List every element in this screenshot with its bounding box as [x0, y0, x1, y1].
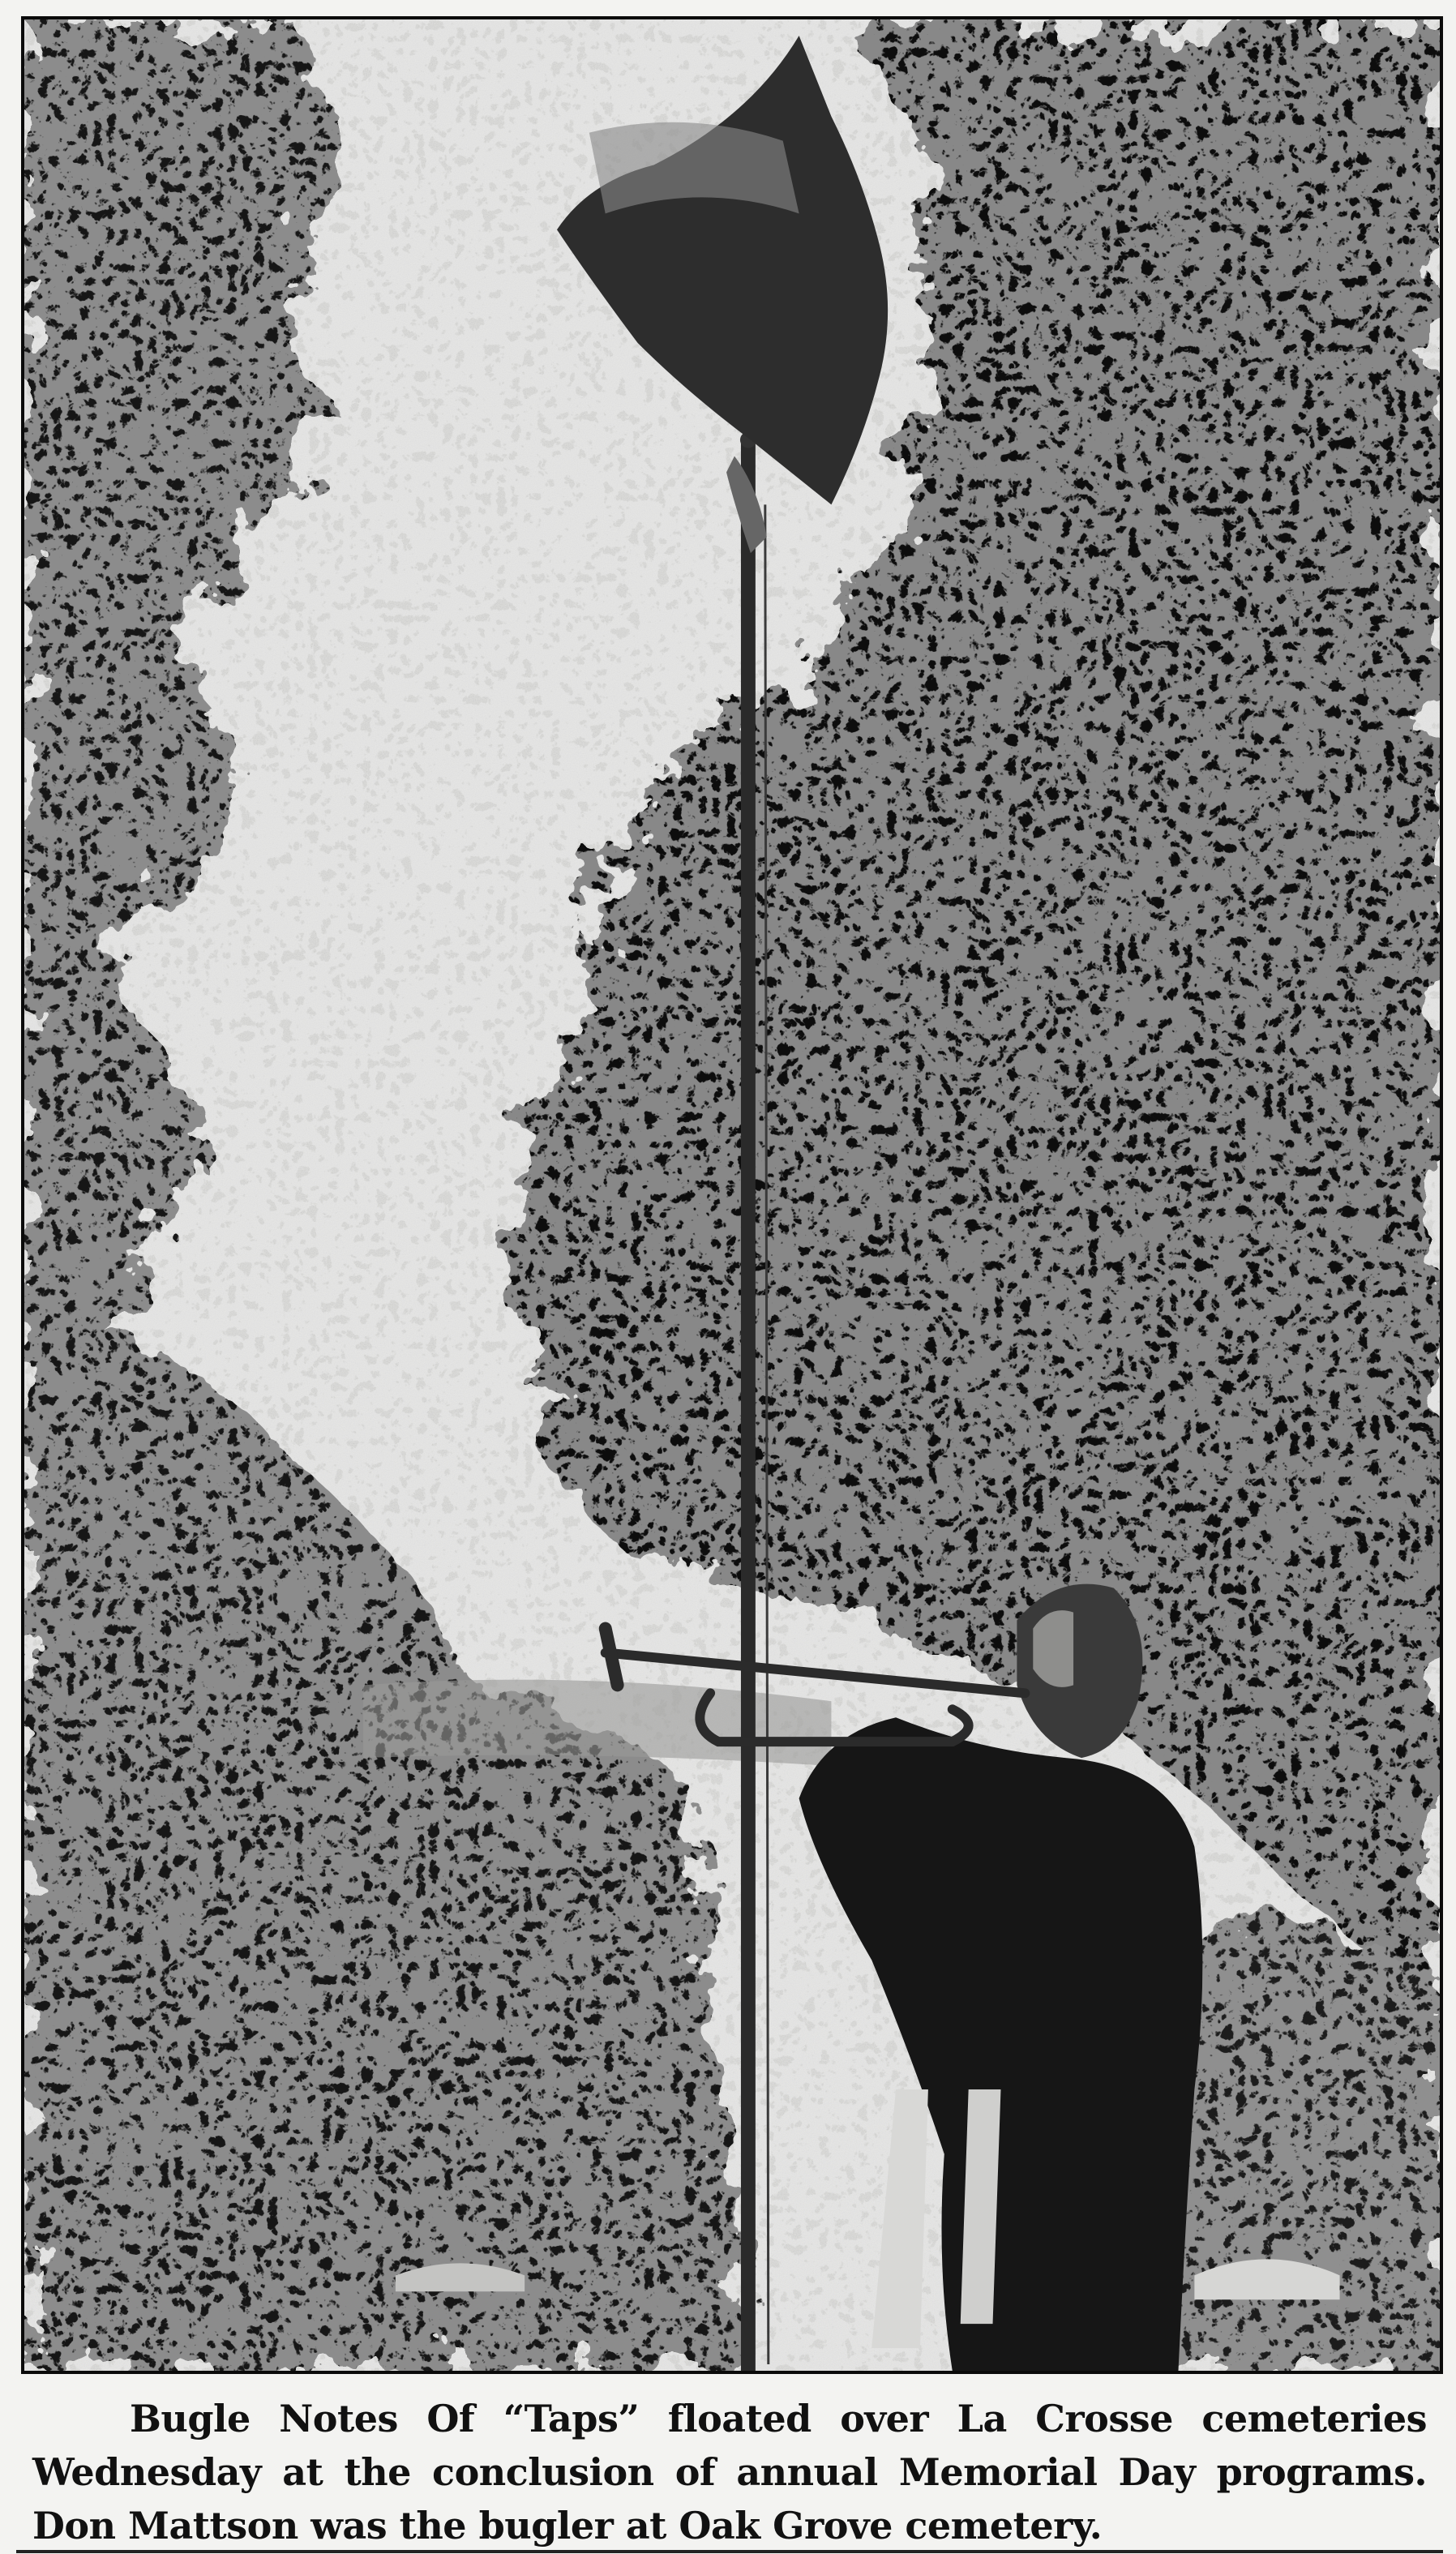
- newspaper-clipping: Bugle Notes Of “Taps” floated over La Cr…: [0, 0, 1456, 2554]
- photo-caption: Bugle Notes Of “Taps” floated over La Cr…: [32, 2392, 1427, 2552]
- bottom-rule: [16, 2550, 1443, 2553]
- news-photo: [21, 16, 1443, 2374]
- photo-illustration: [24, 19, 1440, 2371]
- caption-lead: Bugle Notes Of “Taps”: [130, 2397, 639, 2440]
